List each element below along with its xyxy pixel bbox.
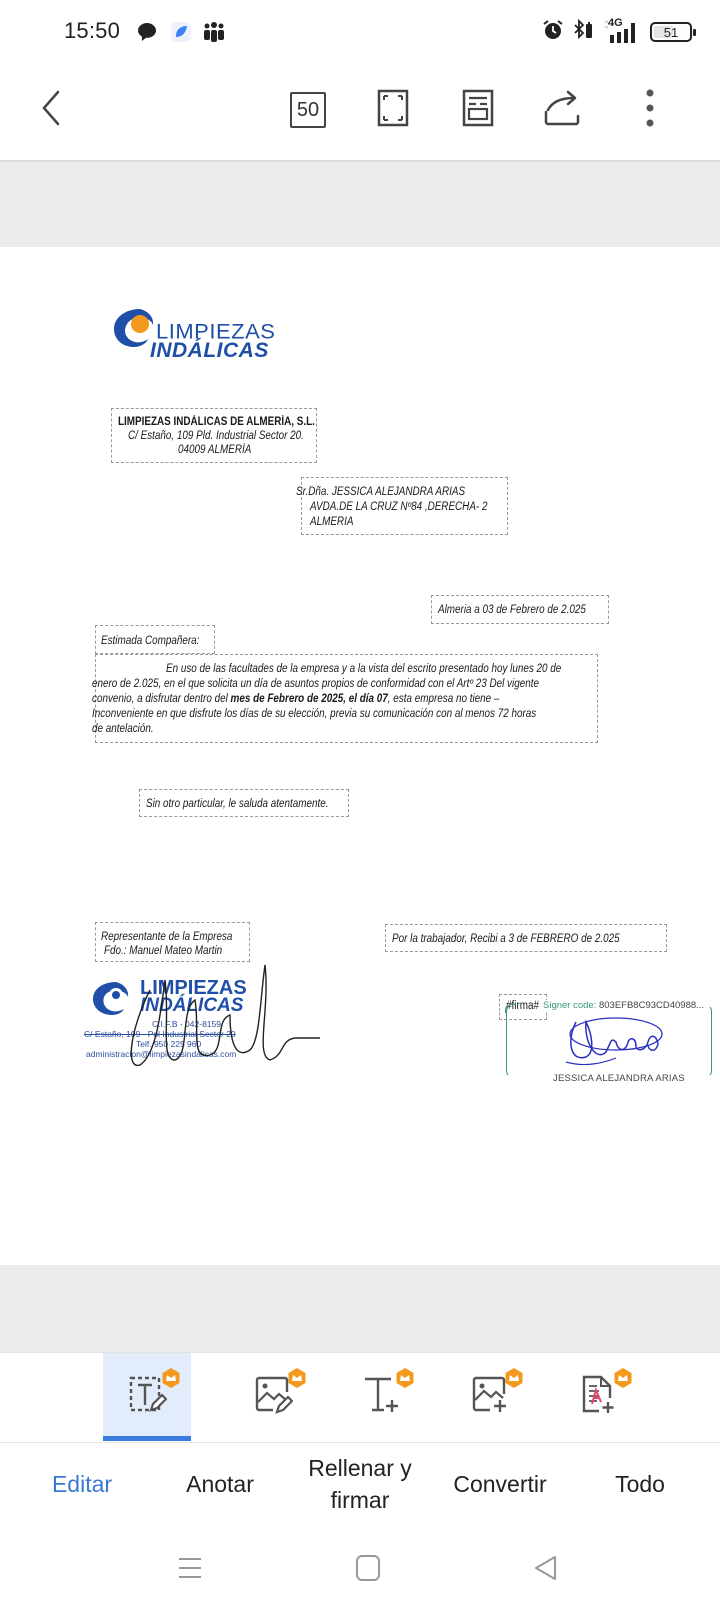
sender-address-box[interactable]: LIMPIEZAS INDÀLICAS DE ALMERÌA, S.L. C/ …: [111, 408, 317, 463]
body-line-2: enero de 2.025, en el que solicita un dí…: [92, 677, 539, 691]
more-options-button[interactable]: [626, 86, 674, 134]
closing-text: Sin otro particular, le saluda atentamen…: [146, 797, 329, 811]
system-nav-bar: [0, 1530, 720, 1612]
tab-rellenar-firmar[interactable]: Rellenar y firmar: [290, 1452, 430, 1516]
status-right-icons: 4G 51: [542, 18, 692, 46]
tab-editar[interactable]: Editar: [32, 1468, 132, 1500]
teams-icon: [202, 20, 226, 44]
recent-apps-button[interactable]: [170, 1550, 210, 1590]
company-handwritten-signature: [120, 960, 320, 1080]
zoom-level-button[interactable]: 50: [284, 86, 332, 134]
company-rep-title: Representante de la Empresa: [101, 930, 232, 944]
tool-add-text[interactable]: [337, 1353, 425, 1439]
body-line-3-post: , esta empresa no tiene –: [388, 693, 500, 705]
tab-convertir[interactable]: Convertir: [435, 1468, 565, 1500]
signer-code: Signer code: 803EFB8C93CD40988...: [540, 1000, 707, 1011]
tool-edit-text[interactable]: [103, 1353, 191, 1439]
premium-crown-icon: [395, 1367, 415, 1389]
viewer-toolbar: 50: [0, 62, 720, 160]
status-time: 15:50: [64, 18, 120, 44]
document-page[interactable]: [0, 247, 720, 1265]
body-line-4: Inconveniente en que disfrute los días d…: [92, 707, 536, 721]
premium-crown-icon: [613, 1367, 633, 1389]
greeting: Estimada Compañera:: [101, 634, 199, 648]
app-blue-icon: [170, 20, 192, 44]
page-layout-button[interactable]: [454, 86, 502, 134]
tool-add-image[interactable]: [446, 1353, 534, 1439]
home-button[interactable]: [348, 1550, 388, 1590]
fit-page-button[interactable]: [369, 86, 417, 134]
chat-bubble-icon: [136, 20, 158, 44]
tabs-divider: [0, 1442, 720, 1443]
worker-handwritten-signature: [556, 1012, 666, 1072]
premium-crown-icon: [161, 1367, 181, 1389]
worker-receipt-box[interactable]: Por la trabajador, Recibi a 3 de FEBRERO…: [385, 924, 667, 952]
back-nav-button[interactable]: [526, 1550, 566, 1590]
company-logo: LIMPIEZAS INDÁLICAS: [110, 305, 290, 365]
date-box[interactable]: Almeria a 03 de Febrero de 2.025: [431, 595, 609, 624]
recipient-address: AVDA.DE LA CRUZ Nº84 ,DERECHA- 2: [310, 500, 487, 514]
body-line-5: de antelación.: [92, 722, 154, 736]
more-vertical-icon: [645, 88, 655, 133]
home-square-icon: [355, 1554, 381, 1587]
signer-code-label: Signer code:: [543, 1000, 596, 1011]
body-line-3: convenio, a disfrutar dentro del mes de …: [92, 692, 499, 706]
premium-crown-icon: [287, 1367, 307, 1389]
back-triangle-icon: [533, 1554, 559, 1587]
bluetooth-battery-icon: [572, 19, 596, 46]
body-line-3-pre: convenio, a disfrutar dentro del: [92, 693, 231, 705]
tab-todo[interactable]: Todo: [590, 1468, 690, 1500]
worker-receipt-text: Por la trabajador, Recibi a 3 de FEBRERO…: [392, 932, 620, 946]
battery-indicator: 51: [650, 22, 692, 42]
date-line: Almeria a 03 de Febrero de 2.025: [438, 603, 586, 617]
toolbar-divider: [0, 160, 720, 162]
body-paragraph-box[interactable]: En uso de las facultades de la empresa y…: [95, 654, 598, 743]
edit-tools-bar: [0, 1352, 720, 1440]
tool-add-pdf[interactable]: [555, 1353, 643, 1439]
closing-box[interactable]: Sin otro particular, le saluda atentamen…: [139, 789, 349, 817]
tab-rellenar-line2: firmar: [290, 1484, 430, 1516]
logo-text-line2: INDÁLICAS: [150, 339, 269, 363]
menu-lines-icon: [177, 1555, 203, 1586]
signer-name: JESSICA ALEJANDRA ARIAS: [550, 1073, 688, 1084]
tool-edit-image[interactable]: [229, 1353, 317, 1439]
tab-anotar[interactable]: Anotar: [170, 1468, 270, 1500]
company-signature-box[interactable]: Representante de la Empresa Fdo.: Manuel…: [95, 922, 250, 962]
fit-page-icon: [377, 89, 409, 132]
share-icon: [542, 88, 582, 133]
share-button[interactable]: [538, 86, 586, 134]
back-button[interactable]: [28, 86, 76, 134]
premium-crown-icon: [504, 1367, 524, 1389]
battery-level: 51: [664, 25, 678, 40]
sender-name: LIMPIEZAS INDÀLICAS DE ALMERÌA, S.L.: [118, 415, 315, 429]
recipient-address-box[interactable]: Sr.Dña. JESSICA ALEJANDRA ARIAS AVDA.DE …: [301, 477, 508, 535]
tab-rellenar-line1: Rellenar y: [290, 1452, 430, 1484]
alarm-icon: [542, 19, 564, 46]
4g-signal-icon: 4G: [604, 19, 642, 45]
sender-address: C/ Estaño, 109 Pld. Industrial Sector 20…: [128, 429, 304, 443]
body-line-3-bold: mes de Febrero de 2025, el día 07: [231, 693, 388, 705]
company-rep-name: Fdo.: Manuel Mateo Martin: [104, 944, 222, 958]
recipient-name: Sr.Dña. JESSICA ALEJANDRA ARIAS: [296, 485, 465, 499]
sender-city: 04009 ALMERÌA: [178, 443, 251, 457]
signer-code-value: 803EFB8C93CD40988...: [599, 1000, 704, 1011]
page-layout-icon: [462, 89, 494, 132]
recipient-city: ALMERIA: [310, 515, 353, 529]
greeting-box[interactable]: Estimada Compañera:: [95, 625, 215, 654]
zoom-level: 50: [290, 92, 326, 128]
status-bar: 15:50 4G 51: [0, 0, 720, 62]
body-line-1: En uso de las facultades de la empresa y…: [166, 662, 561, 676]
chevron-left-icon: [38, 88, 66, 133]
